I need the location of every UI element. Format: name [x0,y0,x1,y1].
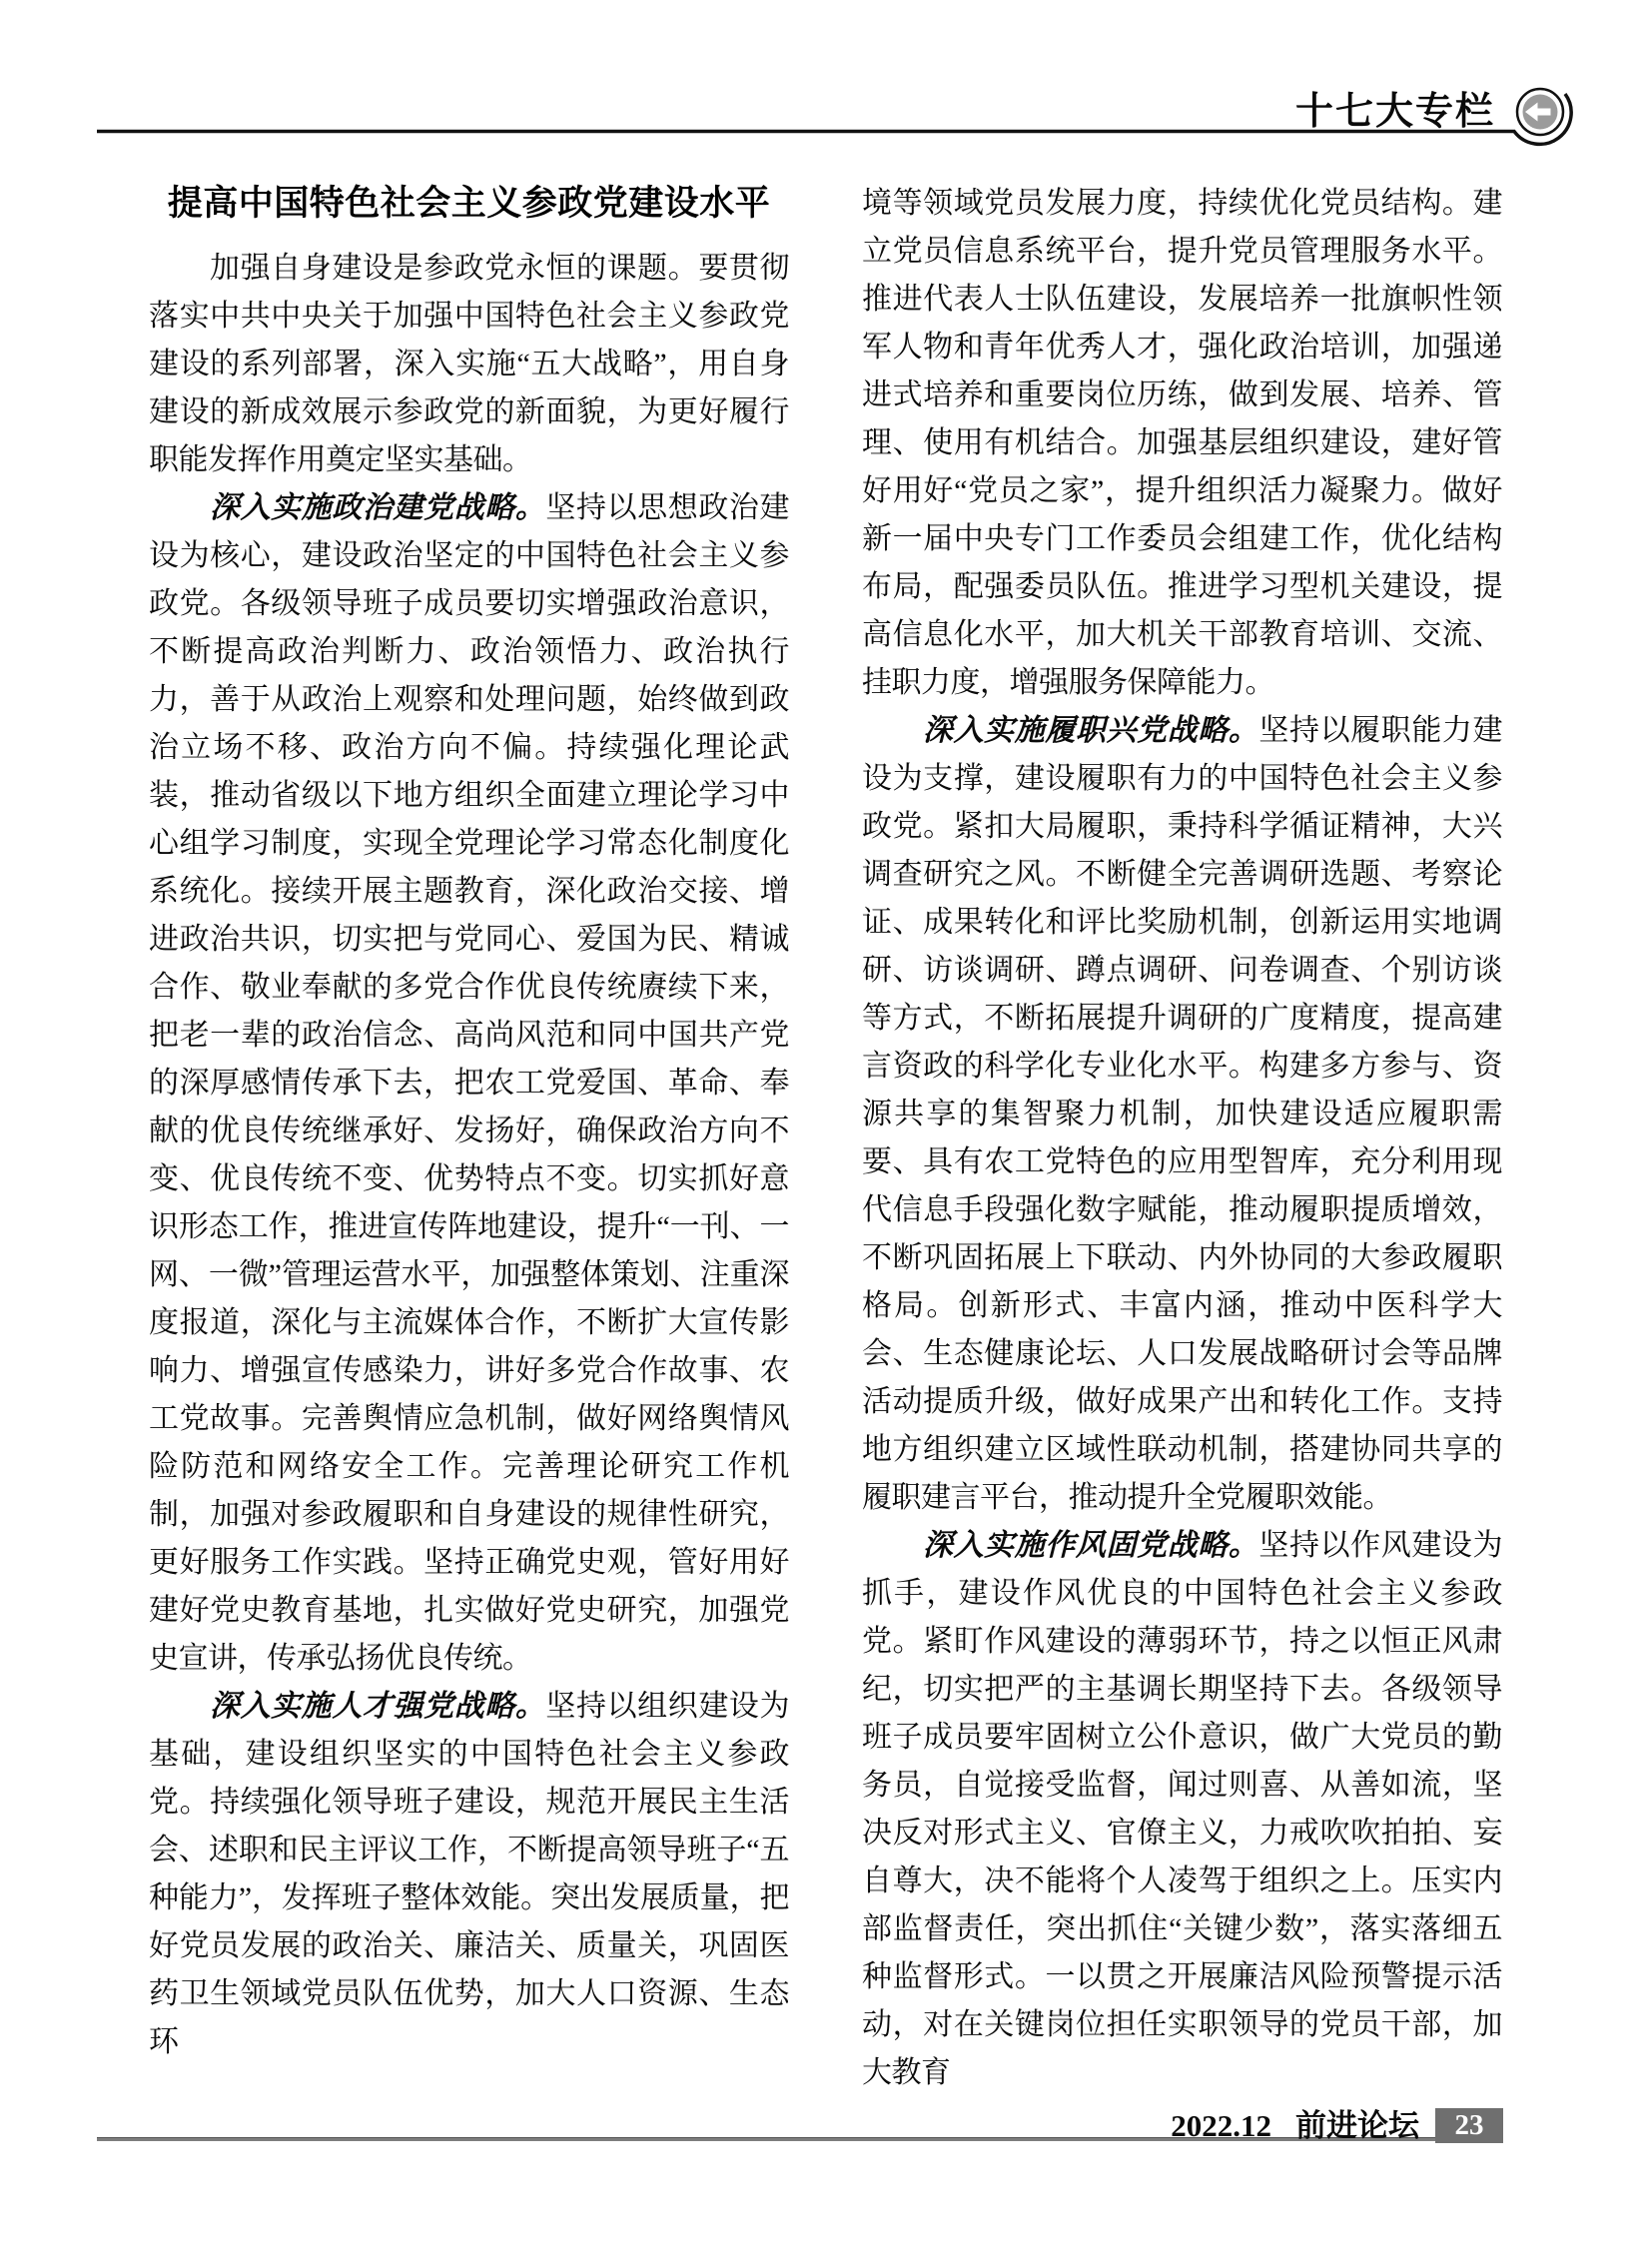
paragraph-intro: 加强自身建设是参政党永恒的课题。要贯彻落实中共中央关于加强中国特色社会主义参政党… [149,245,789,484]
magazine-page: 十七大专栏 提高中国特色社会主义参政党建设水平 加强自身建设是参政党永恒的课题。… [0,0,1652,2241]
paragraph-lead: 深入实施政治建党战略。 [210,491,545,524]
paragraph-text: 坚持以作风建设为抓手，建设作风优良的中国特色社会主义参政党。紧盯作风建设的薄弱环… [862,1529,1502,2089]
footer: 2022.12前进论坛 [1171,2100,1419,2145]
paragraph-strategy-politics: 深入实施政治建党战略。坚持以思想政治建设为核心，建设政治坚定的中国特色社会主义参… [149,484,789,1683]
page-number-badge: 23 [1435,2108,1503,2143]
paragraph-text: 坚持以组织建设为基础，建设组织坚实的中国特色社会主义参政党。持续强化领导班子建设… [149,1690,789,2058]
paragraph-lead: 深入实施作风固党战略。 [923,1529,1258,1562]
paragraph-lead: 深入实施履职兴党战略。 [923,714,1258,747]
paragraph-text: 境等领域党员发展力度，持续优化党员结构。建立党员信息系统平台，提升党员管理服务水… [862,187,1502,699]
footer-issue: 2022.12 [1171,2108,1271,2143]
footer-journal-name: 前进论坛 [1295,2108,1419,2143]
paragraph-text: 坚持以履职能力建设为支撑，建设履职有力的中国特色社会主义参政党。紧扣大局履职，秉… [862,714,1502,1514]
paragraph-strategy-talent: 深入实施人才强党战略。坚持以组织建设为基础，建设组织坚实的中国特色社会主义参政党… [149,1683,789,2066]
right-column: 境等领域党员发展力度，持续优化党员结构。建立党员信息系统平台，提升党员管理服务水… [862,180,1502,2097]
section-label: 十七大专栏 [1295,80,1495,135]
paragraph-lead: 深入实施人才强党战略。 [210,1690,545,1723]
paragraph-continuation: 境等领域党员发展力度，持续优化党员结构。建立党员信息系统平台，提升党员管理服务水… [862,180,1502,707]
paragraph-text: 加强自身建设是参政党永恒的课题。要贯彻落实中共中央关于加强中国特色社会主义参政党… [149,252,789,476]
left-column: 提高中国特色社会主义参政党建设水平 加强自身建设是参政党永恒的课题。要贯彻落实中… [149,180,789,2066]
paragraph-text: 坚持以思想政治建设为核心，建设政治坚定的中国特色社会主义参政党。各级领导班子成员… [149,491,789,1675]
paragraph-strategy-conduct: 深入实施作风固党战略。坚持以作风建设为抓手，建设作风优良的中国特色社会主义参政党… [862,1522,1502,2097]
paragraph-strategy-duty: 深入实施履职兴党战略。坚持以履职能力建设为支撑，建设履职有力的中国特色社会主义参… [862,707,1502,1522]
article-title: 提高中国特色社会主义参政党建设水平 [149,180,789,228]
back-arrow-icon[interactable] [1517,89,1563,135]
